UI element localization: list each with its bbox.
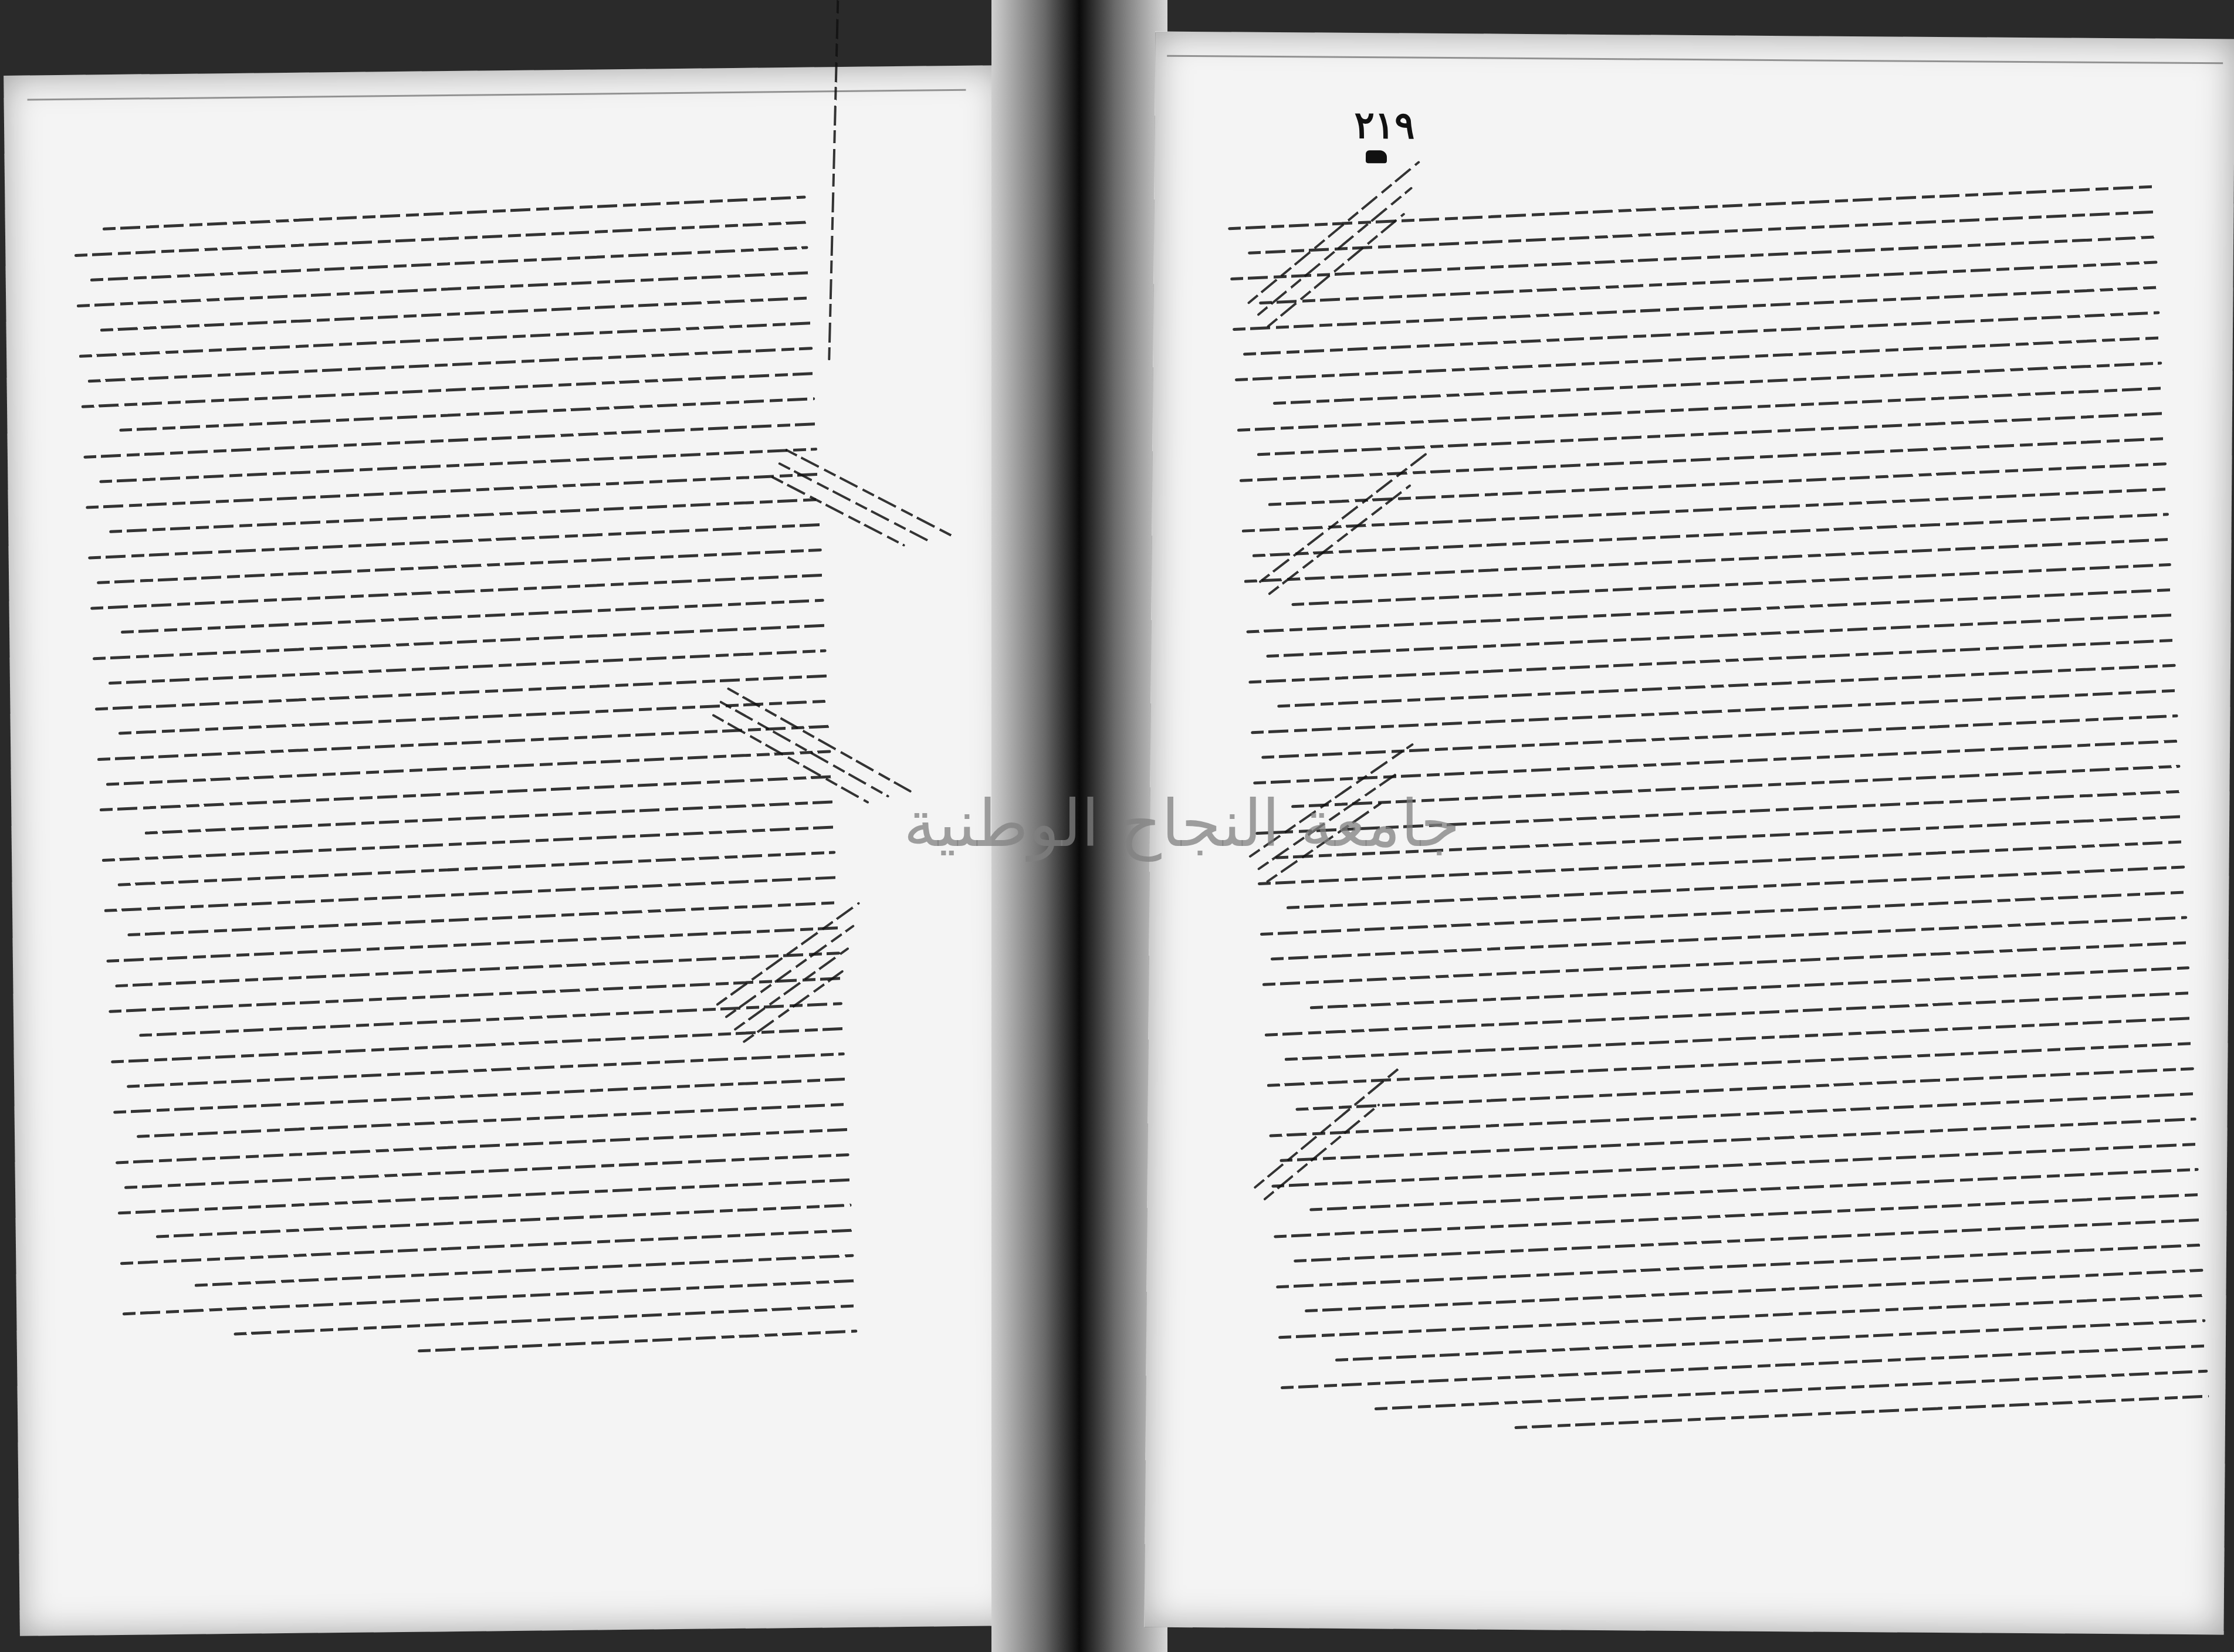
handwritten-line [418, 1329, 857, 1352]
handwritten-line [1246, 588, 2172, 634]
page-number: ٢١٩ [1354, 103, 1415, 148]
left-manuscript-page [4, 65, 1017, 1636]
handwritten-line [1237, 387, 2164, 432]
handwritten-line [1280, 1118, 2196, 1162]
ink-mark [1366, 150, 1387, 163]
handwritten-line [1310, 966, 2190, 1009]
handwritten-line [1271, 1143, 2198, 1188]
handwritten-line [1281, 1345, 2207, 1390]
handwritten-line [1248, 639, 2175, 684]
handwritten-line [1287, 865, 2185, 909]
handwritten-line [1266, 614, 2174, 658]
handwritten-line [144, 800, 833, 834]
handwritten-line [233, 1305, 857, 1336]
handwritten-line [119, 397, 815, 432]
handwritten-line [1233, 286, 2159, 331]
handwritten-line [1258, 840, 2184, 885]
handwritten-line [1257, 412, 2164, 456]
handwritten-line [1274, 1193, 2200, 1238]
handwritten-line [1235, 336, 2161, 381]
handwritten-line [1305, 1269, 2203, 1313]
handwritten-line [1275, 815, 2182, 859]
handwritten-line [1514, 1394, 2209, 1429]
handwritten-line [1294, 1218, 2201, 1262]
handwritten-line [1291, 563, 2171, 606]
handwritten-line [1273, 361, 2162, 405]
page-edge-line [28, 89, 966, 101]
handwritten-line [1309, 1168, 2198, 1211]
handwritten-line [1240, 437, 2166, 482]
left-page-body-text [73, 195, 858, 1388]
handwritten-line [1252, 513, 2169, 557]
handwritten-line [1335, 1319, 2206, 1362]
page-edge-line [1167, 55, 2223, 65]
handwritten-line [1296, 1067, 2194, 1111]
handwritten-line [1265, 991, 2191, 1037]
handwritten-line [1244, 538, 2170, 583]
handwritten-line [1276, 1244, 2202, 1289]
handwritten-line [1278, 1294, 2205, 1339]
handwritten-line [1260, 891, 2186, 936]
right-manuscript-page: ٢١٩ [1145, 32, 2234, 1635]
handwritten-line [195, 1254, 854, 1287]
handwritten-line [1251, 689, 2177, 734]
book-gutter [991, 0, 1167, 1652]
handwritten-line [155, 1204, 852, 1238]
handwritten-line [1262, 941, 2189, 986]
handwritten-line [1278, 664, 2176, 708]
handwritten-line [1259, 260, 2157, 304]
handwritten-line [1269, 1092, 2195, 1138]
handwritten-line [1375, 1370, 2208, 1411]
handwritten-line [1284, 1017, 2192, 1061]
handwritten-line [1271, 916, 2188, 960]
handwritten-line [1243, 311, 2160, 356]
